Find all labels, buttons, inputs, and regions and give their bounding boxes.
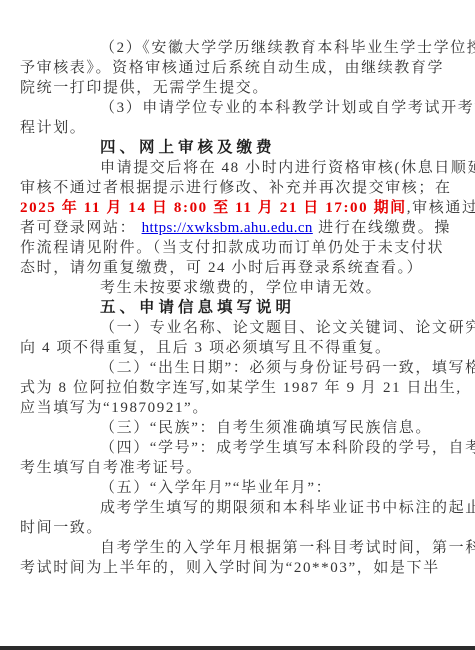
- text-segment: 予审核表》。资格审核通过后系统自动生成，由继续教育学: [20, 60, 444, 76]
- text-line: 作流程请见附件。（当支付扣款成功而订单仍处于未支付状: [20, 238, 470, 258]
- text-line: 考试时间为上半年的，则入学时间为“20**03”，如是下半: [20, 558, 470, 578]
- text-segment: （2）《安徽大学学历继续教育本科毕业生学士学位授: [100, 40, 475, 56]
- deadline-highlight-text: 2025 年 11 月 14 日 8:00 至 11 月 21 日 17:00 …: [20, 200, 407, 216]
- text-segment: 考生填写自考准考证号。: [20, 460, 203, 476]
- text-segment: （四）“学号”：成考学生填写本科阶段的学号，自考: [100, 440, 475, 456]
- text-segment: 考试时间为上半年的，则入学时间为“20**03”，如是下半: [20, 560, 440, 576]
- text-segment: 进行在线缴费。操: [313, 220, 451, 236]
- text-segment: （一）专业名称、论文题目、论文关键词、论文研究方: [100, 320, 475, 336]
- text-segment: 申请提交后将在 48 小时内进行资格审核(休息日顺延)。: [100, 160, 475, 176]
- text-segment: ,审核通过: [407, 200, 475, 216]
- text-segment: （三）“民族”：自考生须准确填写民族信息。: [100, 420, 432, 436]
- text-segment: 院统一打印提供，无需学生提交。: [20, 80, 269, 96]
- text-line: 向 4 项不得重复，且后 3 项必须填写且不得重复。: [20, 338, 470, 358]
- text-segment: 者可登录网站：: [20, 220, 142, 236]
- text-line: 院统一打印提供，无需学生提交。: [20, 78, 470, 98]
- text-segment: 作流程请见附件。（当支付扣款成功而订单仍处于未支付状: [20, 240, 444, 256]
- document-page: （2）《安徽大学学历继续教育本科毕业生学士学位授予审核表》。资格审核通过后系统自…: [0, 0, 475, 650]
- text-segment: 向 4 项不得重复，且后 3 项必须填写且不得重复。: [20, 340, 392, 356]
- text-segment: 应当填写为“19870921”。: [20, 400, 209, 416]
- text-segment: 态时，请勿重复缴费，可 24 小时后再登录系统查看。）: [20, 260, 423, 276]
- text-line: 四、网上审核及缴费: [20, 138, 470, 158]
- text-line: 应当填写为“19870921”。: [20, 398, 470, 418]
- text-line: （2）《安徽大学学历继续教育本科毕业生学士学位授: [20, 38, 470, 58]
- text-line: （三）“民族”：自考生须准确填写民族信息。: [20, 418, 470, 438]
- section-heading: 四、网上审核及缴费: [100, 139, 276, 156]
- text-segment: （3）申请学位专业的本科教学计划或自学考试开考课: [100, 100, 475, 116]
- text-line: （五）“入学年月”“毕业年月”：: [20, 478, 470, 498]
- text-line: （一）专业名称、论文题目、论文关键词、论文研究方: [20, 318, 470, 338]
- bottom-border: [0, 646, 475, 650]
- text-segment: （二）“出生日期”：必须与身份证号码一致，填写格: [100, 360, 475, 376]
- text-line: 式为 8 位阿拉伯数字连写,如某学生 1987 年 9 月 21 日出生,: [20, 378, 470, 398]
- text-segment: 审核不通过者根据提示进行修改、补充并再次提交审核；在: [20, 180, 452, 196]
- document-body: （2）《安徽大学学历继续教育本科毕业生学士学位授予审核表》。资格审核通过后系统自…: [20, 38, 470, 578]
- text-line: （二）“出生日期”：必须与身份证号码一致，填写格: [20, 358, 470, 378]
- text-line: 自考学生的入学年月根据第一科目考试时间，第一科目: [20, 538, 470, 558]
- text-line: 审核不通过者根据提示进行修改、补充并再次提交审核；在: [20, 178, 470, 198]
- text-segment: 成考学生填写的期限须和本科毕业证书中标注的起止: [100, 500, 475, 516]
- hyperlink[interactable]: https://xwksbm.ahu.edu.cn: [142, 220, 313, 236]
- text-line: 五、申请信息填写说明: [20, 298, 470, 318]
- section-heading: 五、申请信息填写说明: [100, 299, 295, 316]
- text-segment: 式为 8 位阿拉伯数字连写,如某学生 1987 年 9 月 21 日出生,: [20, 380, 462, 396]
- text-line: 程计划。: [20, 118, 470, 138]
- text-line: 申请提交后将在 48 小时内进行资格审核(休息日顺延)。: [20, 158, 470, 178]
- text-line: 予审核表》。资格审核通过后系统自动生成，由继续教育学: [20, 58, 470, 78]
- text-line: 2025 年 11 月 14 日 8:00 至 11 月 21 日 17:00 …: [20, 198, 470, 218]
- text-line: 者可登录网站： https://xwksbm.ahu.edu.cn 进行在线缴费…: [20, 218, 470, 238]
- text-segment: 程计划。: [20, 120, 86, 136]
- text-line: 考生未按要求缴费的，学位申请无效。: [20, 278, 470, 298]
- text-line: （四）“学号”：成考学生填写本科阶段的学号，自考: [20, 438, 470, 458]
- text-line: 态时，请勿重复缴费，可 24 小时后再登录系统查看。）: [20, 258, 470, 278]
- text-segment: 考生未按要求缴费的，学位申请无效。: [100, 280, 382, 296]
- text-segment: （五）“入学年月”“毕业年月”：: [100, 480, 332, 496]
- text-line: 成考学生填写的期限须和本科毕业证书中标注的起止: [20, 498, 470, 518]
- text-segment: 自考学生的入学年月根据第一科目考试时间，第一科目: [100, 540, 475, 556]
- text-line: 考生填写自考准考证号。: [20, 458, 470, 478]
- text-line: （3）申请学位专业的本科教学计划或自学考试开考课: [20, 98, 470, 118]
- text-segment: 时间一致。: [20, 520, 103, 536]
- text-line: 时间一致。: [20, 518, 470, 538]
